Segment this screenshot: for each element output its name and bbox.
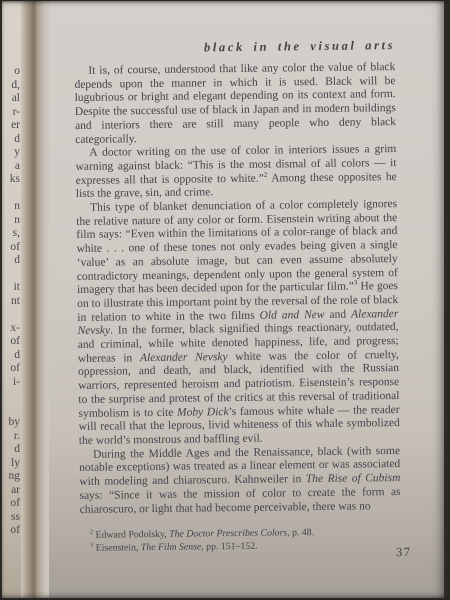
- line-fragment: er: [2, 119, 20, 133]
- line-fragment: nt: [2, 295, 20, 309]
- line-fragment: n: [2, 200, 20, 214]
- page-number: 37: [395, 545, 411, 560]
- line-fragment: r-: [2, 106, 20, 120]
- line-fragment: [2, 268, 20, 282]
- line-fragment: of: [2, 362, 20, 376]
- line-fragment: n: [2, 214, 20, 228]
- line-fragment: ks: [2, 173, 20, 187]
- line-fragment: d: [2, 443, 20, 457]
- body-paragraph: During the Middle Ages and the Renaissan…: [79, 445, 401, 517]
- line-fragment: s,: [2, 227, 20, 241]
- line-fragment: [2, 187, 20, 201]
- line-fragment: of: [2, 497, 20, 511]
- line-fragment: x-: [2, 322, 20, 336]
- footnotes: 2 Edward Podolsky, The Doctor Prescribes…: [80, 526, 401, 555]
- line-fragment: al: [2, 92, 20, 106]
- line-fragment: it: [2, 281, 20, 295]
- line-fragment: [2, 389, 20, 403]
- line-fragment: y: [2, 146, 20, 160]
- line-fragment: by: [2, 416, 20, 430]
- page-content: black in the visual arts It is, of cours…: [74, 38, 401, 555]
- facing-page-line-fragments: od,alr-erdyaks nns,ofd itnt x-ofdofi- by…: [2, 65, 20, 538]
- facing-page-edge: od,alr-erdyaks nns,ofd itnt x-ofdofi- by…: [2, 1, 21, 598]
- line-fragment: of: [2, 335, 20, 349]
- line-fragment: ly: [2, 457, 20, 471]
- line-fragment: d: [2, 133, 20, 147]
- line-fragment: ng: [2, 470, 20, 484]
- line-fragment: r.: [2, 430, 20, 444]
- line-fragment: ar: [2, 484, 20, 498]
- line-fragment: a: [2, 160, 20, 174]
- line-fragment: i-: [2, 376, 20, 390]
- body-text: It is, of course, understood that like a…: [74, 61, 401, 517]
- body-paragraph: It is, of course, understood that like a…: [74, 61, 396, 147]
- running-head: black in the visual arts: [74, 38, 395, 57]
- line-fragment: d: [2, 254, 20, 268]
- line-fragment: d: [2, 349, 20, 363]
- line-fragment: of: [2, 241, 20, 255]
- gutter-crease: [21, 1, 49, 598]
- line-fragment: d,: [2, 79, 20, 93]
- line-fragment: [2, 308, 20, 322]
- body-paragraph: A doctor writing on the use of color in …: [75, 143, 397, 202]
- line-fragment: o: [2, 65, 20, 79]
- body-paragraph: This type of blanket denunciation of a c…: [76, 198, 400, 449]
- line-fragment: ss: [2, 511, 20, 525]
- book-photo: od,alr-erdyaks nns,ofd itnt x-ofdofi- by…: [0, 0, 450, 600]
- line-fragment: [2, 403, 20, 417]
- line-fragment: of: [2, 524, 20, 538]
